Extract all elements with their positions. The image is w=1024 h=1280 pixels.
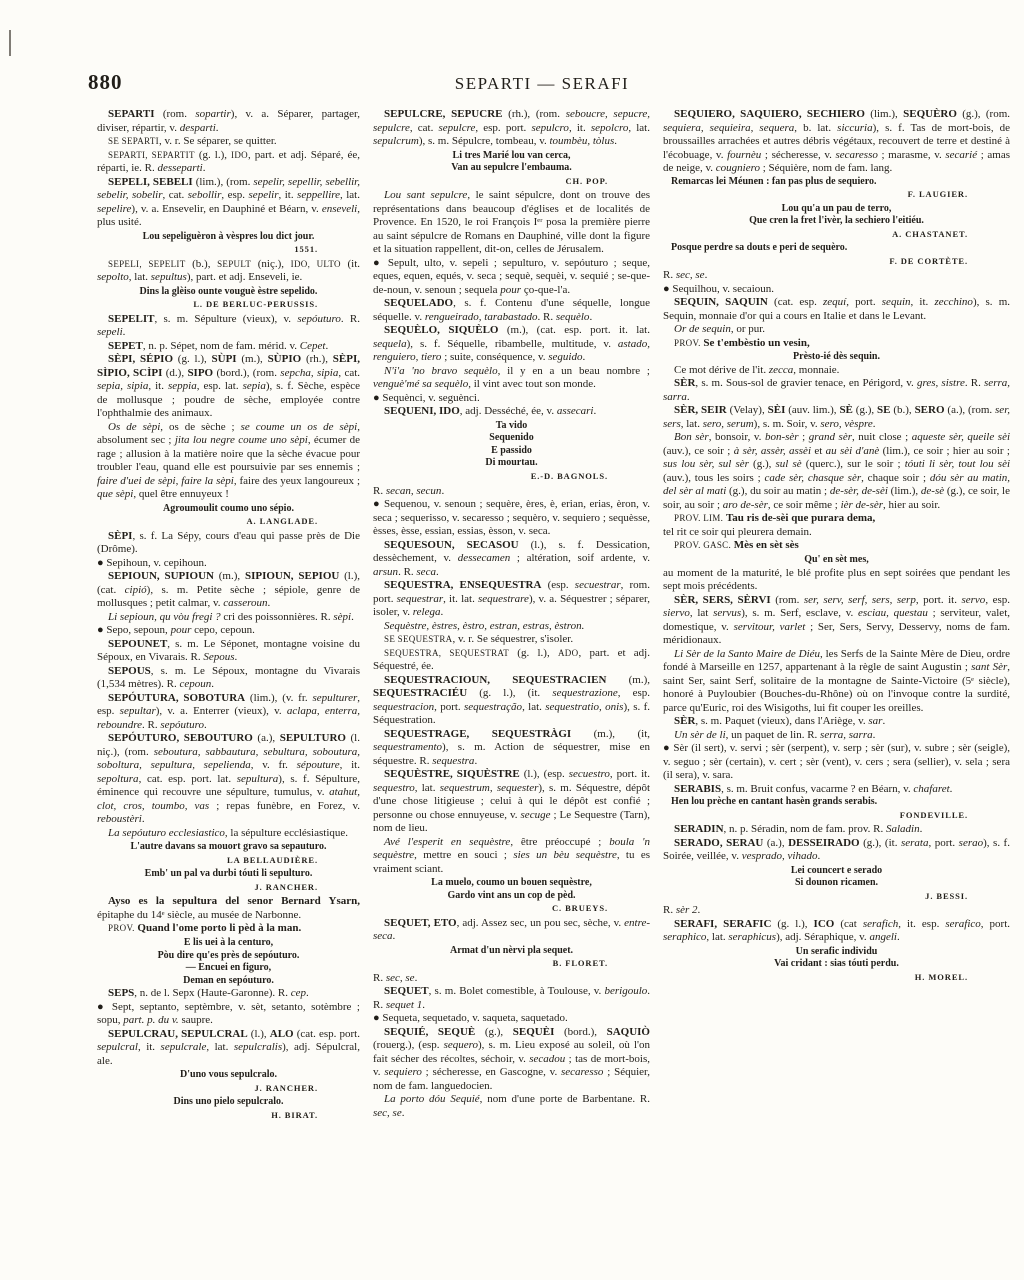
paragraph: La muelo, coumo un bouen sequèstre,Gardo… [373,877,650,902]
citation-author: C. BRUEYS. [373,903,650,915]
paragraph: D'uno vous sepulcralo. [97,1069,360,1082]
paragraph: Remarcas lei Méunen : fan pas plus de se… [663,176,1010,189]
paragraph: Hen lou prèche en cantant hasèn grands s… [663,796,1010,809]
paragraph: PROV. GASC. Mès en sèt sès [663,539,1010,553]
paragraph: SEQUIÉ, SEQUÈ (g.), SEQUÈI (bord.), SAQU… [373,1026,650,1094]
paragraph: Lou sant sepulcre, le saint sépulcre, do… [373,189,650,257]
paragraph: SÈR, SEIR (Velay), SÈI (auv. lim.), SÈ (… [663,404,1010,431]
paragraph: Posque perdre sa douts e peri de sequèro… [663,242,1010,255]
paragraph: L'autre davans sa mouort gravo sa sepaut… [97,841,360,854]
column-center: SEPULCRE, SEPUCRE (rh.), (rom. seboucre,… [373,108,650,1120]
paragraph: Lou sepeliguèron à vèspres lou dict jour… [97,231,360,244]
paragraph: SEQUÈLO, SIQUÈLO (m.), (cat. esp. port. … [373,324,650,365]
paragraph: PROV. Quand l'ome porto li pèd à la man. [97,922,360,936]
paragraph: Os de sèpi, os de sèche ; se coume un os… [97,421,360,502]
paragraph: SEPARTI, SEPARTIT (g. l.), IDO, part. et… [97,149,360,176]
citation-author: B. FLORET. [373,958,650,970]
paragraph: Sequèstre, èstres, èstro, estran, estras… [373,620,650,634]
paragraph: SEPARTI (rom. sopartir), v. a. Séparer, … [97,108,360,135]
paragraph: ● Sepult, ulto, v. sepeli ; sepulturo, v… [373,257,650,298]
paragraph: SEQUIN, SAQUIN (cat. esp. zequí, port. s… [663,296,1010,323]
paragraph: SE SEPARTI, v. r. Se séparer, se quitter… [97,135,360,149]
paragraph: SÈR, s. m. Paquet (vieux), dans l'Ariège… [663,715,1010,729]
column-right: SEQUIERO, SAQUIERO, SECHIERO (lim.), SEQ… [663,108,1010,986]
paragraph: ● Sequenou, v. senoun ; sequère, ères, è… [373,498,650,539]
citation-author: FONDEVILLE. [663,810,1010,822]
paragraph: SEPS, n. de l. Sepx (Haute-Garonne). R. … [97,987,360,1001]
paragraph: SÈPI, s. f. La Sépy, cours d'eau qui pas… [97,530,360,557]
paragraph: Agroumoulit coumo uno sépio. [97,503,360,516]
citation-author: F. DE CORTÈTE. [663,256,1010,268]
paragraph: R. sec, se. [663,269,1010,283]
paragraph: ● Sequènci, v. seguènci. [373,392,650,406]
citation-author: LA BELLAUDIÈRE. [97,855,360,867]
paragraph: SEQUENI, IDO, adj. Desséché, ée, v. asse… [373,405,650,419]
paragraph: PROV. LIM. Tau ris de-sèi que purara dem… [663,512,1010,526]
paragraph: R. sèr 2. [663,904,1010,918]
paragraph: SEPET, n. p. Sépet, nom de fam. mérid. v… [97,340,360,354]
paragraph: SÈPI, SÉPIO (g. l.), SÙPI (m.), SÙPIO (r… [97,353,360,421]
paragraph: SERABIS, s. m. Bruit confus, vacarme ? e… [663,783,1010,797]
citation-author: H. MOREL. [663,972,1010,984]
paragraph: SÈR, SERS, SÈRVI (rom. ser, serv, serf, … [663,594,1010,648]
paragraph: SEPELIT, s. m. Sépulture (vieux), v. sep… [97,313,360,340]
paragraph: Un sèr de li, un paquet de lin. R. serra… [663,729,1010,743]
paragraph: SEPÓUTURO, SEBOUTURO (a.), SEPULTURO (l.… [97,732,360,827]
paragraph: Or de sequin, or pur. [663,323,1010,337]
citation-author: CH. POP. [373,176,650,188]
paragraph: Dins uno pielo sepulcralo. [97,1096,360,1109]
citation-author: A. LANGLADE. [97,516,360,528]
paragraph: SEQUET, ETO, adj. Assez sec, un pou sec,… [373,917,650,944]
paragraph: Qu' en sèt mes, [663,554,1010,567]
paragraph: ● Sequeta, sequetado, v. saqueta, saquet… [373,1012,650,1026]
paragraph: La sepóuturo ecclesiastico, la sépulture… [97,827,360,841]
citation-author: E.-D. BAGNOLS. [373,471,650,483]
paragraph: au moment de la maturité, le blé profite… [663,567,1010,594]
paragraph: Prèsto-ié dès sequin. [663,351,1010,364]
paragraph: ● Sepihoun, v. cepihoun. [97,557,360,571]
paragraph: SEPULCRAU, SEPULCRAL (l.), ALO (cat. esp… [97,1028,360,1069]
paragraph: SERADO, SERAU (a.), DESSEIRADO (g.), (it… [663,837,1010,864]
paragraph: SEPÓUTURA, SOBOTURA (lim.), (v. fr. sepu… [97,692,360,733]
paragraph: SEPULCRE, SEPUCRE (rh.), (rom. seboucre,… [373,108,650,149]
paragraph: Un serafic individuVai cridant : sias tó… [663,946,1010,971]
citation-author: H. BIRAT. [97,1110,360,1122]
paragraph: SEQUESTRA, ENSEQUESTRA (esp. secuestrar,… [373,579,650,620]
citation-author: A. CHASTANET. [663,229,1010,241]
paragraph: Li tres Marié lou van cerca,Van au sepul… [373,150,650,175]
paragraph: Li sepioun, qu vòu fregi ? cri des poiss… [97,611,360,625]
paragraph: PROV. Se t'embèstio un vesin, [663,337,1010,351]
paragraph: SEQUIERO, SAQUIERO, SECHIERO (lim.), SEQ… [663,108,1010,176]
paragraph: Ta vidoSequenidoE passidoDi mourtau. [373,420,650,470]
paragraph: Lou qu'a un pau de terro,Que cren la fre… [663,203,1010,228]
citation-author: L. DE BERLUC-PERUSSIS. [97,299,360,311]
paragraph: ● Sèr (il sert), v. servi ; sèr (serpent… [663,742,1010,783]
paragraph: E lis uei à la centuro,Pòu dire qu'es pr… [97,937,360,987]
paragraph: SEPIOUN, SUPIOUN (m.), SIPIOUN, SEPIOU (… [97,570,360,611]
citation-author: J. RANCHER. [97,882,360,894]
paragraph: SEPELI, SEBELI (lim.), (rom. sepelir, se… [97,176,360,230]
paragraph: SEQUESOUN, SECASOU (l.), s. f. Dessicati… [373,539,650,580]
page-number: 880 [88,70,123,95]
paragraph: Lei councert e seradoSi dounon ricamen. [663,865,1010,890]
paragraph: R. sec, se. [373,972,650,986]
paragraph: SERAFI, SERAFIC (g. l.), ICO (cat serafi… [663,918,1010,945]
paragraph: tel rit ce soir qui pleurera demain. [663,526,1010,540]
paragraph: SE SEQUESTRA, v. r. Se séquestrer, s'iso… [373,633,650,647]
dictionary-page: 880 SEPARTI — SERAFI SEPARTI (rom. sopar… [0,0,1024,1280]
paragraph: SÈR, s. m. Sous-sol de gravier tenace, e… [663,377,1010,404]
paragraph: Armat d'un nèrvi pla sequet. [373,945,650,958]
paragraph: SEQUÈSTRE, SIQUÈSTRE (l.), (esp. secuest… [373,768,650,836]
running-head: SEPARTI — SERAFI [0,74,1024,94]
paragraph: ● Sepo, sepoun, pour cepo, cepoun. [97,624,360,638]
paragraph: La porto dóu Sequié, nom d'une porte de … [373,1093,650,1120]
column-left: SEPARTI (rom. sopartir), v. a. Séparer, … [97,108,360,1124]
paragraph: SEPOUNET, s. m. Le Séponet, montagne voi… [97,638,360,665]
paragraph: SEQUESTRACIOUN, SEQUESTRACIEN (m.), SEQU… [373,674,650,728]
paragraph: SEPOUS, s. m. Le Sépoux, montagne du Viv… [97,665,360,692]
paragraph: ● Sept, septanto, septèmbre, v. sèt, set… [97,1001,360,1028]
paragraph: SEPELI, SEPELIT (b.), SEPULT (niç.), IDO… [97,258,360,285]
paragraph: SEQUET, s. m. Bolet comestible, à Toulou… [373,985,650,1012]
paragraph: Li Sèr de la Santo Maire de Diéu, les Se… [663,648,1010,716]
paragraph: SERADIN, n. p. Séradin, nom de fam. prov… [663,823,1010,837]
paragraph: R. secan, secun. [373,485,650,499]
paragraph: Avé l'esperit en sequèstre, être préoccu… [373,836,650,877]
masthead: 880 SEPARTI — SERAFI [0,0,1024,100]
citation-author: J. RANCHER. [97,1083,360,1095]
paragraph: Dins la glèiso ounte vouguè èstre sepeli… [97,286,360,299]
citation-author: 1551. [97,244,360,256]
paragraph: N'i'a 'no bravo sequèlo, il y en a un be… [373,365,650,392]
citation-author: J. BESSI. [663,891,1010,903]
paragraph: Ce mot dérive de l'it. zecca, monnaie. [663,364,1010,378]
page-content: SEPARTI (rom. sopartir), v. a. Séparer, … [0,100,1024,1124]
citation-author: F. LAUGIER. [663,189,1010,201]
paragraph: Bon sèr, bonsoir, v. bon-sèr ; grand sèr… [663,431,1010,512]
paragraph: Ayso es la sepultura del senor Bernard Y… [97,895,360,922]
paragraph: SEQUESTRAGE, SEQUESTRÀGI (m.), (it, sequ… [373,728,650,769]
paragraph: Emb' un pal va durbi tóuti li sepulturo. [97,868,360,881]
paragraph: SEQUELADO, s. f. Contenu d'une séquelle,… [373,297,650,324]
paragraph: ● Sequilhou, v. secaioun. [663,283,1010,297]
paragraph: SEQUESTRA, SEQUESTRAT (g. l.), ADO, part… [373,647,650,674]
